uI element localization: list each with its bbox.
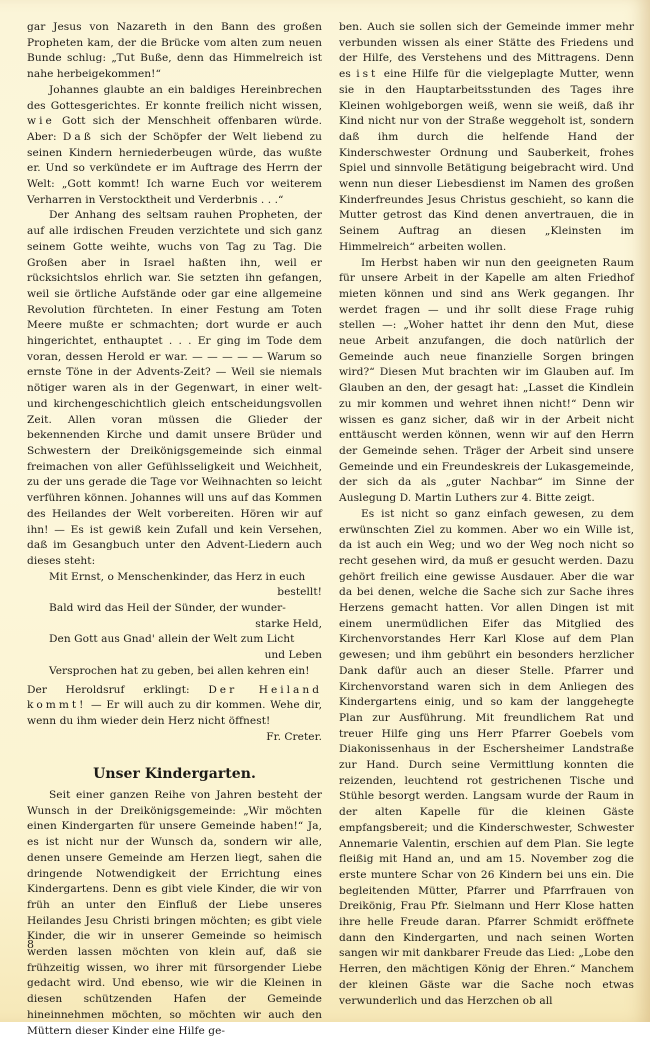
- article-heading: Unser Kindergarten.: [27, 767, 322, 783]
- paragraph-john-belief: Johannes glaubte an ein baldiges Hereinb…: [27, 83, 322, 209]
- emphasis-ist: ist: [356, 68, 378, 80]
- paragraph-mothers-help: ben. Auch sie sollen sich der Gemeinde i…: [339, 20, 634, 256]
- left-column: gar Jesus von Nazareth in den Bann des g…: [27, 20, 322, 1039]
- scanned-page: gar Jesus von Nazareth in den Bann des g…: [0, 0, 650, 1022]
- hymn-line-continuation: bestellt!: [49, 585, 322, 601]
- hymn-line: Den Gott aus Gnad' allein der Welt zum L…: [49, 632, 322, 648]
- advent-hymn-verse: Mit Ernst, o Menschenkinder, das Herz in…: [27, 570, 322, 680]
- hymn-line-continuation: starke Held,: [49, 617, 322, 633]
- right-column: ben. Auch sie sollen sich der Gemeinde i…: [339, 20, 634, 1009]
- hymn-line-continuation: und Leben: [49, 648, 322, 664]
- page-number: 8: [27, 938, 34, 951]
- paragraph-herold-call: Der Heroldsruf erklingt: Der Heiland kom…: [27, 683, 322, 730]
- paragraph-john-intro-continued: gar Jesus von Nazareth in den Bann des g…: [27, 20, 322, 83]
- paragraph-autumn-chapel: Im Herbst haben wir nun den geeigneten R…: [339, 256, 634, 507]
- hymn-line: Bald wird das Heil der Sünder, der wunde…: [49, 601, 322, 617]
- hymn-line: Versprochen hat zu geben, bei allen kehr…: [49, 664, 322, 680]
- paragraph-opening-day: Es ist nicht so ganz einfach gewesen, zu…: [339, 507, 634, 1010]
- author-signature: Fr. Creter.: [27, 730, 322, 746]
- paragraph-kindergarten-wish: Seit einer ganzen Reihe von Jahren beste…: [27, 788, 322, 1039]
- emphasis-dass: Daß: [63, 131, 94, 143]
- emphasis-wie: wie: [27, 115, 55, 127]
- paragraph-prophet-followers: Der Anhang des seltsam rauhen Propheten,…: [27, 208, 322, 569]
- hymn-line: Mit Ernst, o Menschenkinder, das Herz in…: [49, 570, 322, 586]
